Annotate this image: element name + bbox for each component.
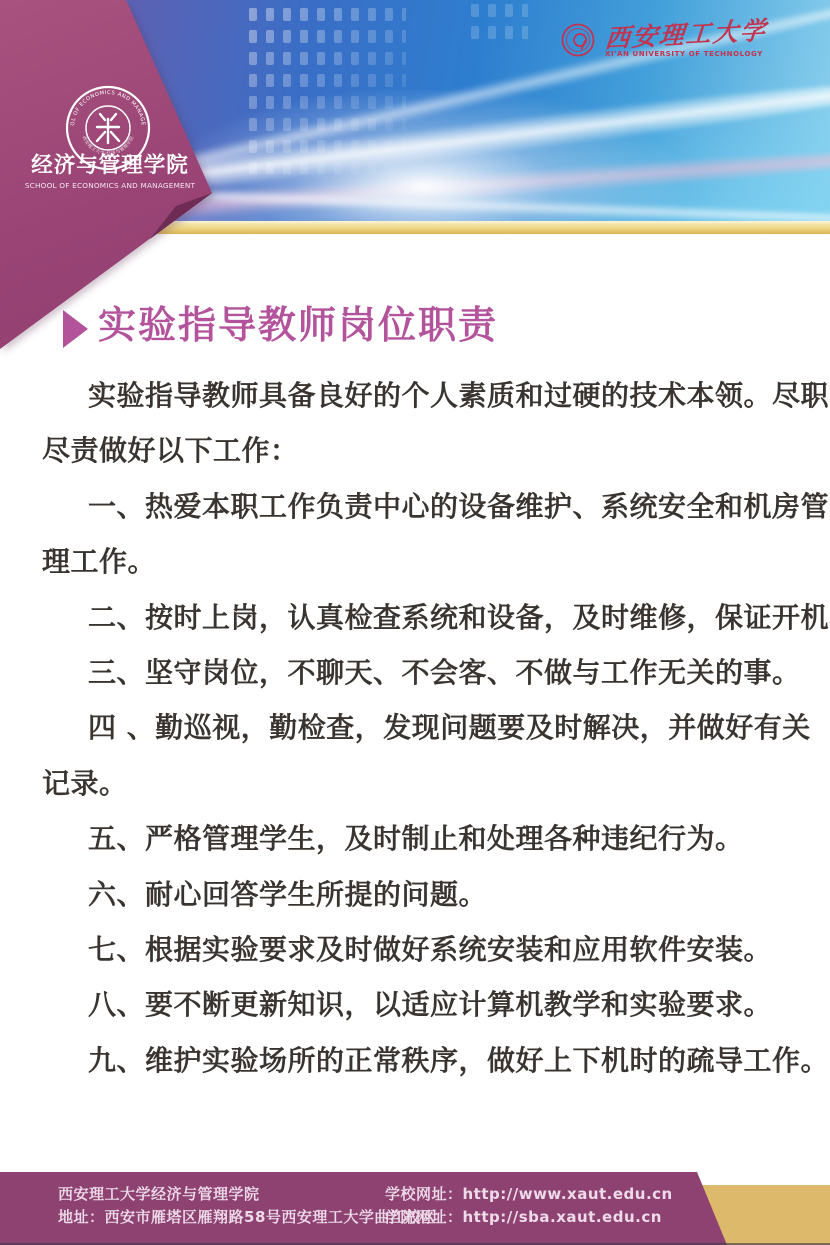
footer-org: 西安理工大学经济与管理学院 [58,1183,436,1206]
footer-left-column: 西安理工大学经济与管理学院 地址：西安市雁塔区雁翔路58号西安理工大学曲江校区 [58,1183,436,1229]
body-line: 记录。 [42,756,817,811]
body-line: 四 、勤巡视，勤检查，发现问题要及时解决，并做好有关 [42,700,817,755]
university-seal-icon [558,20,598,60]
body-line: 实验指导教师具备良好的个人素质和过硬的技术本领。尽职 [42,368,817,423]
footer-school-url: 学校网址：http://www.xaut.edu.cn [385,1183,673,1206]
body-line: 五、严格管理学生，及时制止和处理各种违纪行为。 [42,811,817,866]
body-line: 七、根据实验要求及时做好系统安装和应用软件安装。 [42,922,817,977]
body-line: 三、坚守岗位，不聊天、不会客、不做与工作无关的事。 [42,645,817,700]
body-line: 八、要不断更新知识，以适应计算机教学和实验要求。 [42,977,817,1032]
university-name: 西安理工大学 [604,18,768,53]
body-line: 二、按时上岗，认真检查系统和设备，及时维修，保证开机率。 [42,590,817,645]
body-line: 六、耐心回答学生所提的问题。 [42,867,817,922]
footer-address: 地址：西安市雁塔区雁翔路58号西安理工大学曲江校区 [58,1206,436,1229]
college-name-en: SCHOOL OF ECONOMICS AND MANAGEMENT [14,181,206,190]
seal-emblem-glyph [97,114,119,143]
university-logo: 西安理工大学 XI'AN UNIVERSITY OF TECHNOLOGY [558,20,767,60]
title-bullet-icon [63,310,88,348]
footer-band: 西安理工大学经济与管理学院 地址：西安市雁塔区雁翔路58号西安理工大学曲江校区 … [0,1172,830,1245]
title-row: 实验指导教师岗位职责 [63,303,498,348]
college-name: 经济与管理学院 [20,148,200,179]
pixel-dots-pattern-small [468,0,528,40]
body-line: 理工作。 [42,534,817,589]
body-line: 尽责做好以下工作： [42,423,817,478]
page-title: 实验指导教师岗位职责 [98,303,498,347]
footer-right-column: 学校网址：http://www.xaut.edu.cn 学院网址：http://… [385,1183,673,1229]
footer-college-url: 学院网址：http://sba.xaut.edu.cn [385,1206,673,1229]
pixel-dots-pattern [246,4,406,174]
duties-text: 实验指导教师具备良好的个人素质和过硬的技术本领。尽职 尽责做好以下工作： 一、热… [42,368,817,1088]
body-line: 九、维护实验场所的正常秩序，做好上下机时的疏导工作。 [42,1033,817,1088]
poster-page: 西安理工大学 XI'AN UNIVERSITY OF TECHNOLOGY SC… [0,0,830,1245]
body-line: 一、热爱本职工作负责中心的设备维护、系统安全和机房管 [42,479,817,534]
